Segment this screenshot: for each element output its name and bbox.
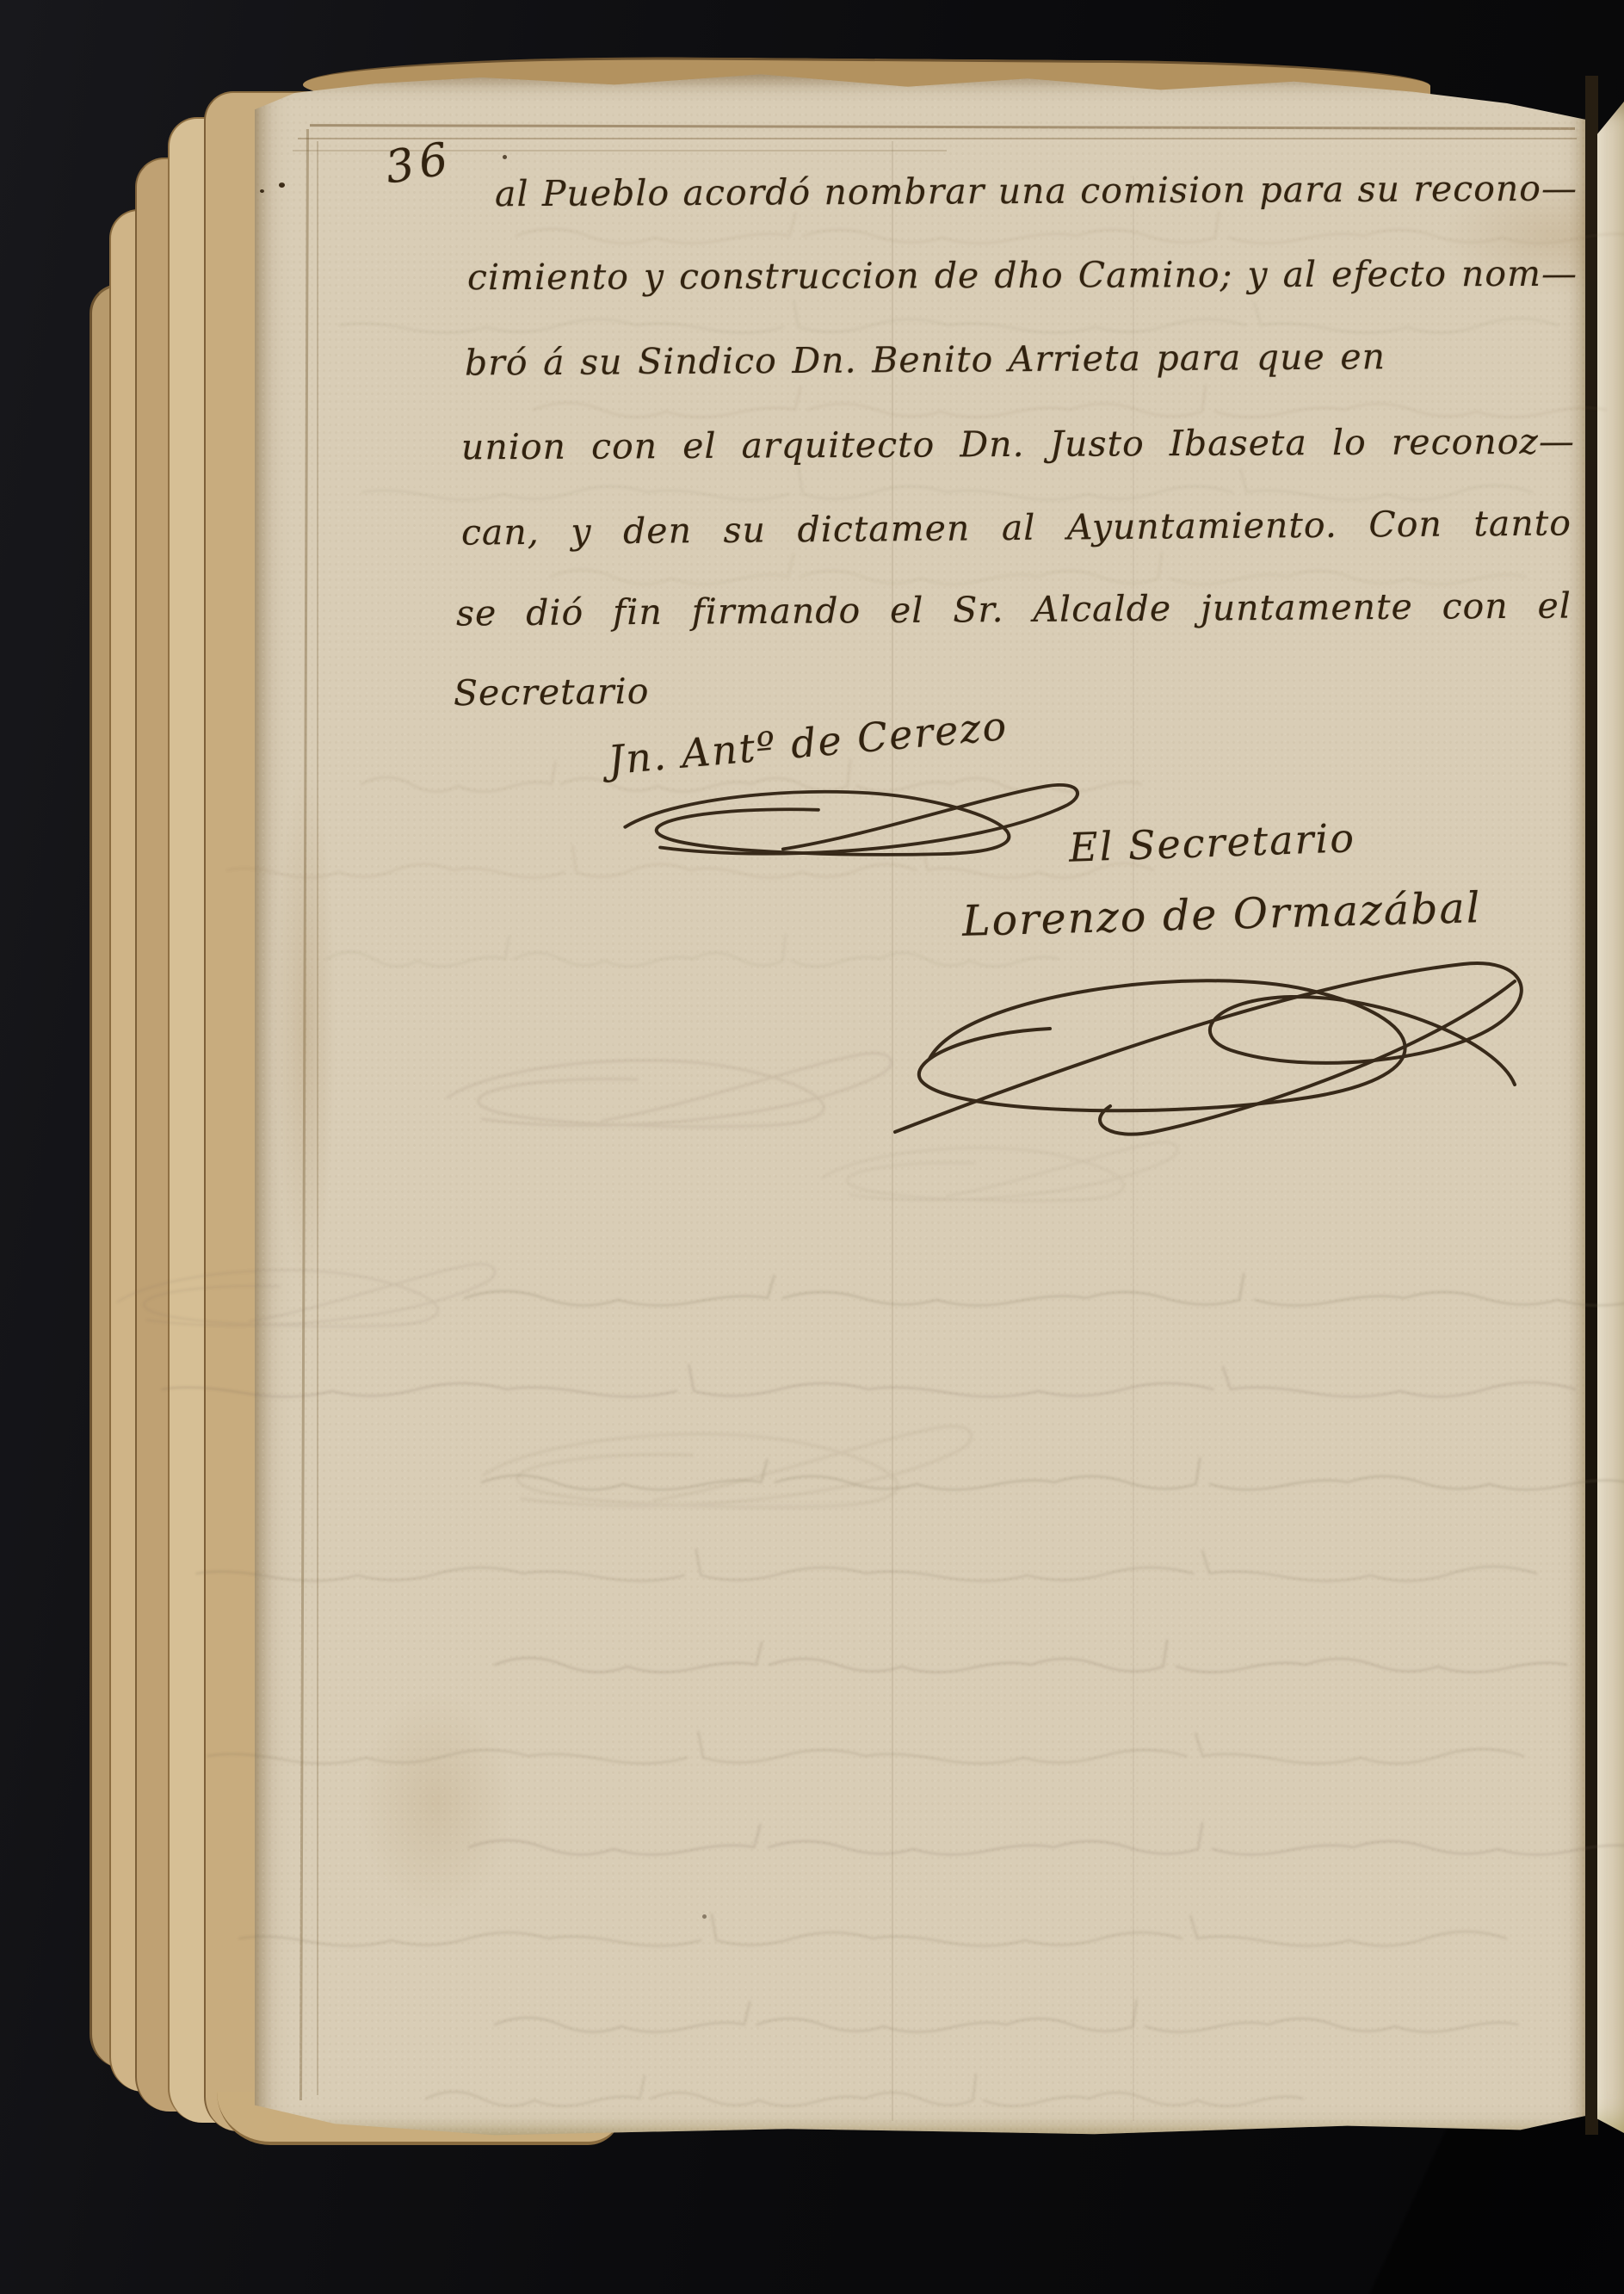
under-sheet-edge-line — [317, 141, 318, 2095]
under-sheet-edge-line — [310, 124, 1575, 130]
paper-stain — [358, 1691, 513, 1914]
manuscript-line: can, y den su dictamen al Ayuntamiento. … — [461, 502, 1572, 563]
next-page-fore-edge — [1597, 102, 1624, 2133]
under-sheet-edge-line — [298, 138, 1577, 139]
scanned-manuscript-photo: { "document_scan": { "description": "Bou… — [0, 0, 1624, 2294]
ink-speck — [503, 155, 507, 159]
manuscript-line: Secretario — [454, 671, 650, 724]
ink-speck — [260, 189, 264, 193]
page-gutter-shadow — [1585, 76, 1598, 2135]
ink-speck — [702, 1914, 707, 1919]
under-sheet-edge-line — [299, 129, 309, 2100]
manuscript-line: union con el arquitecto Dn. Justo Ibaset… — [461, 421, 1575, 479]
page-number: 36 — [382, 133, 457, 194]
manuscript-line: cimiento y construccion de dho Camino; y… — [467, 253, 1578, 309]
manuscript-line: al Pueblo acordó nombrar una comision pa… — [495, 168, 1578, 226]
manuscript-line: bró á su Sindico Dn. Benito Arrieta para… — [465, 336, 1386, 393]
manuscript-line: se dió fin firmando el Sr. Alcalde junta… — [456, 584, 1572, 644]
ink-speck — [279, 182, 285, 188]
